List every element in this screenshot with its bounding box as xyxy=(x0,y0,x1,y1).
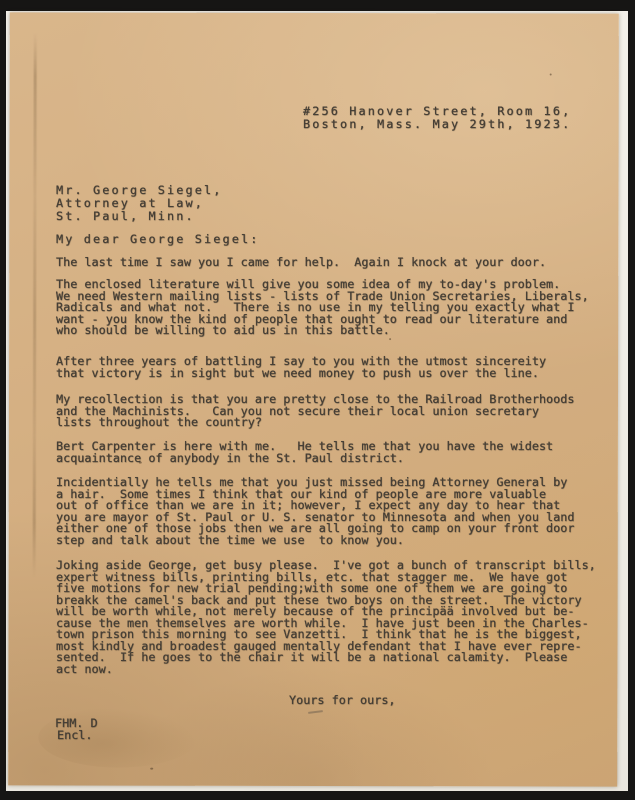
salutation-line: My dear George Siegel: xyxy=(56,233,260,246)
recipient-address-block: Mr. George Siegel, Attorney at Law, St. … xyxy=(56,184,223,222)
paper-crease xyxy=(33,32,37,577)
paper-speck xyxy=(150,768,153,770)
body-paragraph-1: The last time I saw you I came for help.… xyxy=(56,257,546,269)
body-paragraph-6: Incidentially he tells me that you just … xyxy=(56,477,574,546)
body-paragraph-2: The enclosed literature will give you so… xyxy=(56,279,589,337)
enclosure-notation: Encl. xyxy=(57,730,93,742)
paper-speck xyxy=(389,338,391,340)
closing-line: Yours for ours, xyxy=(289,695,396,707)
body-paragraph-4: My recollection is that you are pretty c… xyxy=(56,394,574,429)
letter-heading-address-date: #256 Hanover Street, Room 16, Boston, Ma… xyxy=(303,105,571,131)
body-paragraph-5: Bert Carpenter is here with me. He tells… xyxy=(56,441,553,464)
body-paragraph-7: Joking aside George, get busy please. I'… xyxy=(56,560,596,675)
body-paragraph-3: After three years of battling I say to y… xyxy=(56,356,546,379)
paper-speck xyxy=(550,73,552,75)
